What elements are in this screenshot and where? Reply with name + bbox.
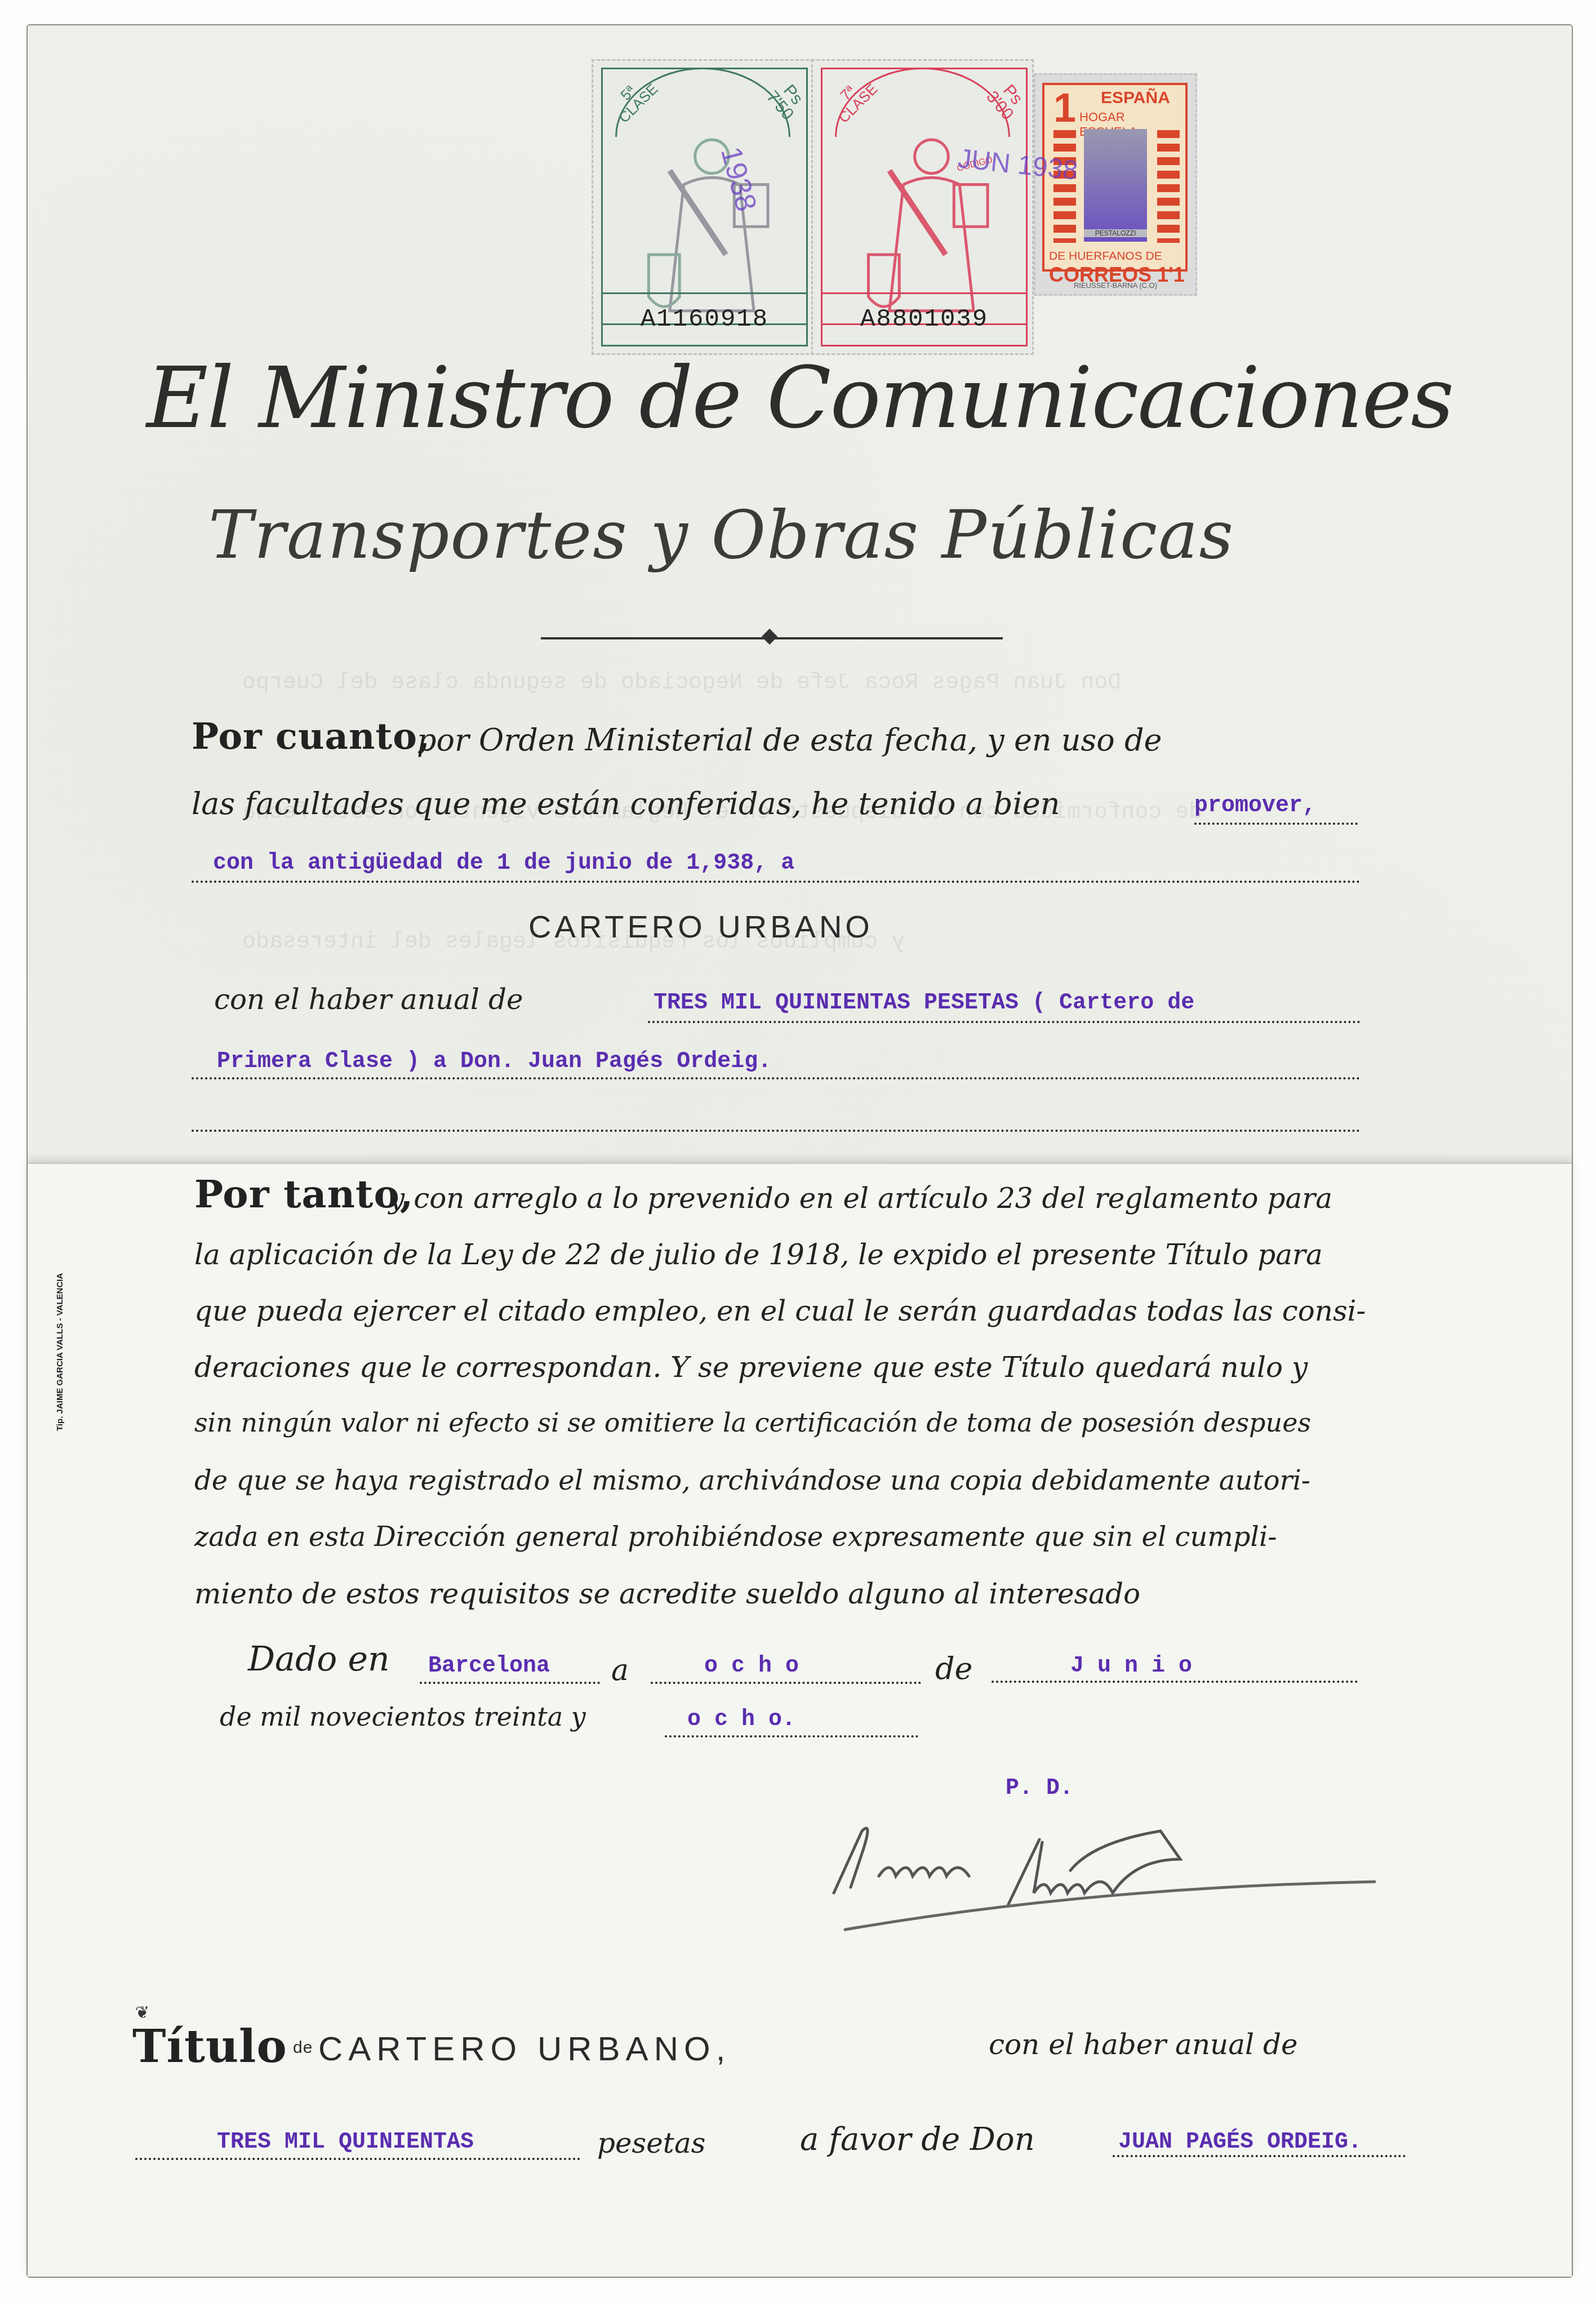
stamp-portrait-label: PESTALOZZI [1084,229,1147,237]
fiscal-stamp-red: 7ªCLASE Ps3'00 CÓDIGO A8801039 [811,59,1034,355]
fill-line [648,1021,1361,1023]
per-delegation-mark: P. D. [1006,1776,1073,1801]
fill-line [420,1682,600,1684]
por-tanto-line: deraciones que le correspondan. Y se pre… [194,1351,1308,1384]
typed-action: promover, [1194,793,1316,819]
stamp-serial: A8801039 [860,305,988,334]
signature: Ricardo Sainz [811,1808,1442,1938]
stamp-country: ESPAÑA [1101,88,1170,108]
fiscal-stamp-green: 5ªCLASE Ps7'50 1938 A1160918 [592,59,814,355]
stamp-serial-box: A1160918 [601,292,808,346]
fill-line [1113,2155,1406,2157]
handwritten-signature-icon [811,1808,1442,1938]
por-tanto-line: la aplicación de la Ley de 22 de julio d… [194,1238,1323,1271]
stamp-serial: A1160918 [641,305,768,334]
fill-line [192,1130,1361,1132]
fill-line [192,1077,1361,1079]
fill-line [651,1682,921,1684]
typed-salary-line-2: Primera Clase ) a Don. Juan Pagés Ordeig… [217,1049,771,1074]
por-tanto-line: y con arreglo a lo prevenido en el artíc… [389,1182,1332,1215]
typed-day: o c h o [704,1654,799,1679]
dado-en-label: Dado en [248,1639,390,1679]
por-tanto-line: de que se haya registrado el mismo, arch… [194,1465,1310,1496]
stub-lead: Título [132,2020,287,2073]
fill-line [992,1681,1358,1683]
stub-de: de [293,2038,313,2057]
pestalozzi-statue-icon [1084,129,1147,242]
stub-position: CARTERO URBANO, [318,2029,731,2068]
stub-typed-name: JUAN PAGÉS ORDEIG. [1118,2130,1362,2155]
typed-month: J u n i o [1070,1654,1192,1679]
stub-typed-amount: TRES MIL QUINIENTAS [217,2130,474,2155]
stub-currency: pesetas [597,2127,705,2159]
typed-year: o c h o. [687,1707,795,1732]
stamp-printer-imprint: RIEUSSET-BARNA (C.O) [1035,281,1195,290]
fill-line [135,2158,580,2160]
por-tanto-line: miento de estos requisitos se acredite s… [194,1577,1140,1610]
fill-line [192,881,1361,883]
por-tanto-lead: Por tanto, [194,1172,414,1217]
header-ministry-title: El Ministro de Comunicaciones [146,349,1453,447]
typed-salary-line-1: TRES MIL QUINIENTAS PESETAS ( Cartero de [653,990,1194,1016]
year-label: de mil novecientos treinta y [220,1701,586,1732]
printer-imprint: Tip. JAIME GARCIA VALLS - VALENCIA [55,1273,65,1431]
stamp-ornament-right [1157,130,1180,243]
stamp-denomination: 1 [1053,85,1076,131]
bleed-through-text: Don Juan Pages Roca Jefe de Negociado de… [242,670,1121,696]
header-ministry-subtitle: Transportes y Obras Públicas [208,496,1234,574]
por-tanto-line: sin ningún valor ni efecto si se omitier… [194,1407,1311,1438]
stub-favor-label: a favor de Don [800,2121,1035,2158]
por-tanto-line: zada en esta Dirección general prohibién… [194,1521,1277,1553]
dado-en-de: de [935,1651,973,1686]
stamp-ornament-left [1053,130,1076,243]
por-tanto-line: que pueda ejercer el citado empleo, en e… [194,1295,1366,1327]
stub-salary-label: con el haber anual de [989,2028,1298,2061]
stamp-line-huerfanos: DE HUERFANOS DE [1049,250,1162,263]
fill-line [665,1735,918,1737]
position-title: CARTERO URBANO [528,908,873,945]
por-cuanto-line-2: las facultades que me están conferidas, … [192,786,1060,821]
titulo-flourish-icon: ❦ [135,2003,149,2023]
stamp-serial-box: A8801039 [821,292,1028,346]
por-cuanto-line-1: por Orden Ministerial de esta fecha, y e… [417,722,1162,758]
salary-label: con el haber anual de [214,983,523,1016]
typed-seniority: con la antigüedad de 1 de junio de 1,938… [213,851,794,876]
typed-city: Barcelona [428,1654,550,1679]
dado-en-a: a [611,1654,629,1687]
fill-line [1194,823,1358,825]
por-cuanto-lead: Por cuanto, [192,716,430,758]
